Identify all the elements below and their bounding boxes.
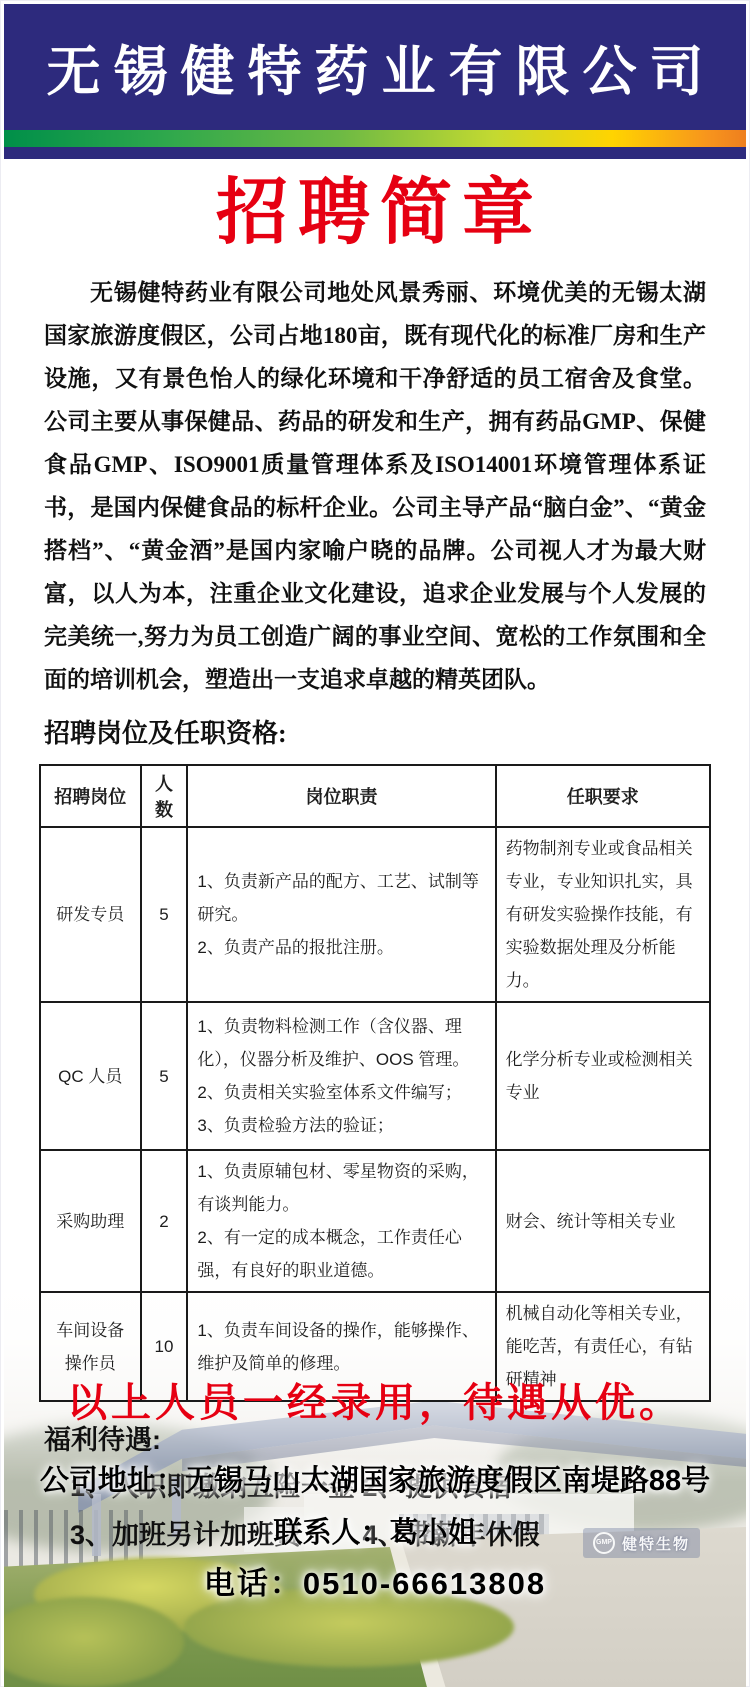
duties-cell: 1、负责原辅包材、零星物资的采购，有谈判能力。 2、有一定的成本概念，工作责任心… [187,1150,495,1292]
table-header-row: 招聘岗位 人数 岗位职责 任职要求 [40,765,710,827]
count-cell: 2 [141,1150,188,1292]
count-cell: 5 [141,1002,188,1150]
navy-strip [4,147,746,159]
company-intro-paragraph: 无锡健特药业有限公司地处风景秀丽、环境优美的无锡太湖国家旅游度假区，公司占地18… [44,271,706,701]
col-header-duties: 岗位职责 [187,765,495,827]
position-cell: QC 人员 [40,1002,141,1150]
address-line: 公司地址：无锡马山太湖国家旅游度假区南堤路88号 [0,1460,750,1502]
recruitment-poster: GMP 健特生物 无锡健特药业有限公司 招聘简章 无锡健特药业有限公司地处风景秀… [0,0,750,1687]
slogan-text: 以上人员一经录用，待遇从优。 [0,1380,750,1426]
bottom-contact-block: 以上人员一经录用，待遇从优。 公司地址：无锡马山太湖国家旅游度假区南堤路88号 … [0,1380,750,1606]
col-header-requirements: 任职要求 [496,765,710,827]
requirements-cell: 化学分析专业或检测相关专业 [496,1002,710,1150]
position-cell: 采购助理 [40,1150,141,1292]
positions-section-label: 招聘岗位及任职资格: [44,713,706,750]
contact-person-line: 联系人：葛小姐 [0,1512,750,1554]
count-cell: 5 [141,827,188,1002]
company-banner: 无锡健特药业有限公司 [4,4,746,130]
rainbow-stripe [4,130,746,147]
company-name: 无锡健特药业有限公司 [34,29,717,106]
phone-line: 电话：0510-66613808 [0,1562,750,1606]
table-row: QC 人员 5 1、负责物料检测工作（含仪器、理化），仪器分析及维护、OOS 管… [40,1002,710,1150]
duties-cell: 1、负责物料检测工作（含仪器、理化），仪器分析及维护、OOS 管理。 2、负责相… [187,1002,495,1150]
requirements-cell: 药物制剂专业或食品相关专业，专业知识扎实，具有研发实验操作技能，有实验数据处理及… [496,827,710,1002]
table-row: 研发专员 5 1、负责新产品的配方、工艺、试制等研究。 2、负责产品的报批注册。… [40,827,710,1002]
poster-title: 招聘简章 [0,171,750,255]
table-row: 采购助理 2 1、负责原辅包材、零星物资的采购，有谈判能力。 2、有一定的成本概… [40,1150,710,1292]
duties-cell: 1、负责新产品的配方、工艺、试制等研究。 2、负责产品的报批注册。 [187,827,495,1002]
requirements-cell: 财会、统计等相关专业 [496,1150,710,1292]
col-header-position: 招聘岗位 [40,765,141,827]
position-cell: 研发专员 [40,827,141,1002]
col-header-count: 人数 [141,765,188,827]
positions-table: 招聘岗位 人数 岗位职责 任职要求 研发专员 5 1、负责新产品的配方、工艺、试… [39,764,711,1402]
